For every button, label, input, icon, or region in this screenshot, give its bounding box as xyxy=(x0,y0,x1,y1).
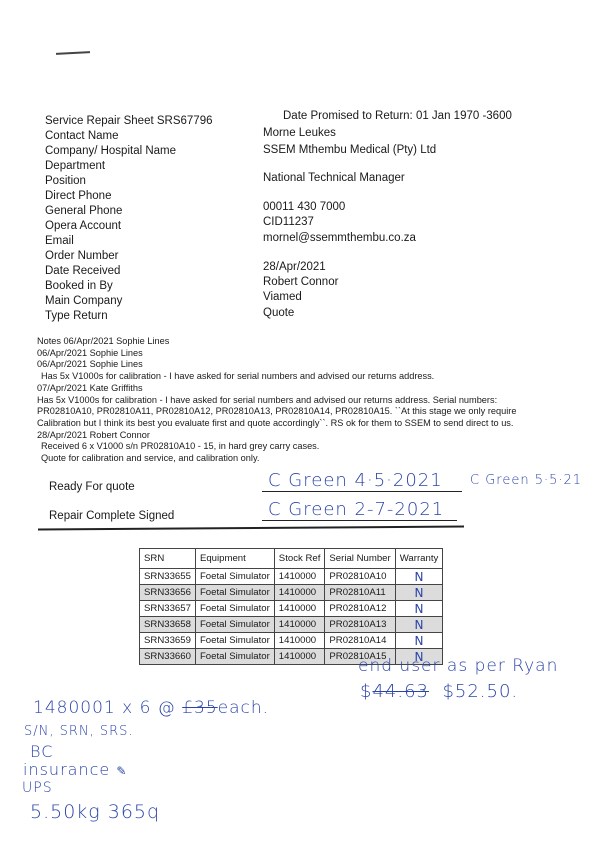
field-label: Opera Account xyxy=(45,219,121,233)
note-line: 06/Apr/2021 Sophie Lines xyxy=(37,359,602,371)
warranty-cell: N xyxy=(395,617,443,633)
field-label: Email xyxy=(45,234,74,248)
field-label: Type Return xyxy=(45,309,108,323)
handwritten-line-6: 5.50kg 365q xyxy=(30,801,160,823)
table-cell: 1410000 xyxy=(274,633,325,649)
note-line: Has 5x V1000s for calibration - I have a… xyxy=(37,371,602,383)
table-cell: PR02810A11 xyxy=(325,585,395,601)
table-cell: PR02810A14 xyxy=(325,633,395,649)
handwritten-end-user-note: end user as per Ryan xyxy=(358,656,558,676)
table-cell: 1410000 xyxy=(274,649,325,665)
note-line: PR02810A10, PR02810A11, PR02810A12, PR02… xyxy=(37,406,602,418)
field-label: Order Number xyxy=(45,249,119,263)
divider xyxy=(38,526,464,530)
field-value: Quote xyxy=(263,306,294,320)
field-label: Contact Name xyxy=(45,129,119,143)
field-value: mornel@ssemmthembu.co.za xyxy=(263,231,416,245)
note-line: Calibration but I think its best you eva… xyxy=(37,418,602,430)
ready-for-quote-signature-2: C Green 5·5·21 xyxy=(470,473,582,488)
table-cell: PR02810A12 xyxy=(325,601,395,617)
table-cell: SRN33658 xyxy=(140,617,196,633)
table-cell: SRN33660 xyxy=(140,649,196,665)
table-cell: Foetal Simulator xyxy=(195,601,274,617)
handwritten-line-3: BC xyxy=(30,742,53,761)
price-struck: 44.63 xyxy=(372,681,429,702)
table-cell: Foetal Simulator xyxy=(195,649,274,665)
table-cell: PR02810A13 xyxy=(325,617,395,633)
line1-struck: £35 xyxy=(182,698,217,718)
column-header: Serial Number xyxy=(325,549,395,569)
table-row: SRN33658Foetal Simulator1410000PR02810A1… xyxy=(140,617,443,633)
table-cell: 1410000 xyxy=(274,617,325,633)
field-label: Main Company xyxy=(45,294,122,308)
signature-line xyxy=(262,520,457,521)
table-cell: Foetal Simulator xyxy=(195,617,274,633)
field-value: 28/Apr/2021 xyxy=(263,260,326,274)
note-line: 06/Apr/2021 Sophie Lines xyxy=(37,348,602,360)
handwritten-line-2: S/N, SRN, SRS. xyxy=(24,724,134,739)
field-value: Viamed xyxy=(263,290,302,304)
repair-complete-signature: C Green 2-7-2021 xyxy=(268,499,444,520)
note-line: Has 5x V1000s for calibration - I have a… xyxy=(37,395,602,407)
column-header: Equipment xyxy=(195,549,274,569)
warranty-cell: N xyxy=(395,633,443,649)
note-line: Quote for calibration and service, and c… xyxy=(37,453,602,465)
table-row: SRN33659Foetal Simulator1410000PR02810A1… xyxy=(140,633,443,649)
price-new: $52.50. xyxy=(442,681,518,702)
table-cell: 1410000 xyxy=(274,585,325,601)
field-label: General Phone xyxy=(45,204,122,218)
field-value: 00011 430 7000 xyxy=(263,200,345,214)
handwritten-line-5: UPS xyxy=(22,780,53,796)
notes-section: Notes 06/Apr/2021 Sophie Lines06/Apr/202… xyxy=(37,336,602,465)
column-header: Stock Ref xyxy=(274,549,325,569)
column-header: Warranty xyxy=(395,549,443,569)
ready-for-quote-signature: C Green 4·5·2021 xyxy=(268,470,443,491)
note-line: 07/Apr/2021 Kate Griffiths xyxy=(37,383,602,395)
field-value: National Technical Manager xyxy=(263,171,405,185)
field-value: CID11237 xyxy=(263,215,314,229)
table-cell: Foetal Simulator xyxy=(195,585,274,601)
field-label: Direct Phone xyxy=(45,189,111,203)
field-label: Department xyxy=(45,159,105,173)
equipment-table: SRNEquipmentStock RefSerial NumberWarran… xyxy=(139,548,443,665)
note-line: Notes 06/Apr/2021 Sophie Lines xyxy=(37,336,602,348)
warranty-cell: N xyxy=(395,585,443,601)
table-cell: SRN33656 xyxy=(140,585,196,601)
column-header: SRN xyxy=(140,549,196,569)
pen-mark xyxy=(56,51,90,55)
table-cell: 1410000 xyxy=(274,601,325,617)
handwritten-line-1: 1480001 x 6 @ £35each. xyxy=(33,698,269,718)
handwritten-line-4: insurance ✎ xyxy=(23,760,127,779)
table-cell: Foetal Simulator xyxy=(195,569,274,585)
table-cell: Foetal Simulator xyxy=(195,633,274,649)
date-promised: Date Promised to Return: 01 Jan 1970 -36… xyxy=(283,110,512,122)
note-line: Received 6 x V1000 s/n PR02810A10 - 15, … xyxy=(37,441,602,453)
note-line: 28/Apr/2021 Robert Connor xyxy=(37,430,602,442)
line1-prefix: 1480001 x 6 @ xyxy=(33,698,176,718)
price-prefix: $ xyxy=(360,681,372,702)
field-label: Date Received xyxy=(45,264,120,278)
table-cell: SRN33655 xyxy=(140,569,196,585)
ready-for-quote-label: Ready For quote xyxy=(49,481,135,493)
field-label: Position xyxy=(45,174,86,188)
line1-suffix: each. xyxy=(218,698,269,718)
repair-complete-label: Repair Complete Signed xyxy=(49,510,174,522)
field-label: Booked in By xyxy=(45,279,113,293)
table-cell: SRN33659 xyxy=(140,633,196,649)
field-value: Robert Connor xyxy=(263,275,338,289)
field-value: Morne Leukes xyxy=(263,126,336,140)
scribble-mark: ✎ xyxy=(116,764,127,778)
insurance-note: insurance xyxy=(23,760,110,779)
table-row: SRN33657Foetal Simulator1410000PR02810A1… xyxy=(140,601,443,617)
field-value: SSEM Mthembu Medical (Pty) Ltd xyxy=(263,143,436,157)
table-row: SRN33656Foetal Simulator1410000PR02810A1… xyxy=(140,585,443,601)
table-cell: SRN33657 xyxy=(140,601,196,617)
handwritten-price: $44.63 $52.50. xyxy=(360,681,518,702)
table-cell: 1410000 xyxy=(274,569,325,585)
signature-line xyxy=(262,491,462,492)
sheet-title: Service Repair Sheet SRS67796 xyxy=(45,114,213,128)
table-cell: PR02810A10 xyxy=(325,569,395,585)
warranty-cell: N xyxy=(395,601,443,617)
table-row: SRN33655Foetal Simulator1410000PR02810A1… xyxy=(140,569,443,585)
warranty-cell: N xyxy=(395,569,443,585)
field-label: Company/ Hospital Name xyxy=(45,144,176,158)
